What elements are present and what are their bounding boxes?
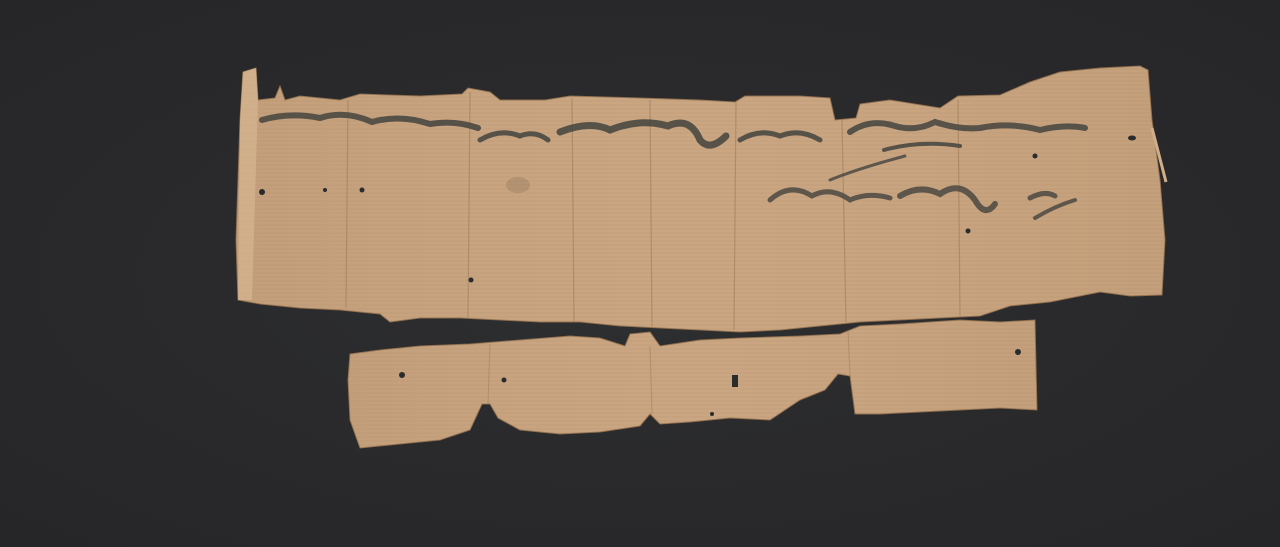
upper-fragment [236, 66, 1166, 332]
photo-scene: Ancient papyrus fragment with ink script [0, 0, 1280, 547]
lower-fragment [348, 320, 1037, 448]
papyrus-artifact [0, 0, 1280, 547]
